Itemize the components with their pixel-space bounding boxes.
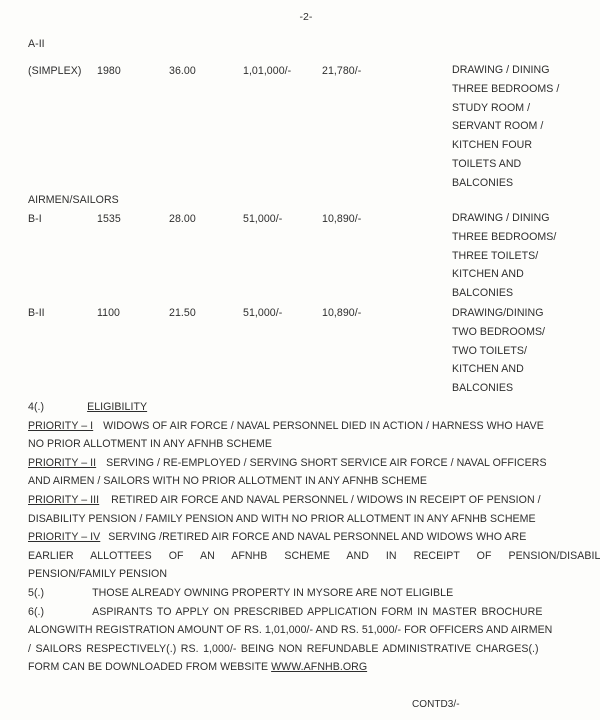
clause-text: ASPIRANTS TO APPLY ON PRESCRIBED APPLICA… <box>92 606 542 618</box>
house-type-label: A-II <box>28 38 45 50</box>
description-line: DRAWING/DINING <box>452 304 545 323</box>
house-plinth: 28.00 <box>169 213 196 225</box>
continued-marker: CONTD3/- <box>412 699 460 710</box>
priority-text: DISABILITY PENSION / FAMILY PENSION AND … <box>28 510 568 529</box>
description-line: KITCHEN AND <box>452 265 556 284</box>
clause-number: 5(.) <box>28 587 44 599</box>
description-line: BALCONIES <box>452 284 556 303</box>
house-description: DRAWING / DINING THREE BEDROOMS / STUDY … <box>452 61 559 193</box>
house-description: DRAWING/DINING TWO BEDROOMS/ TWO TOILETS… <box>452 304 545 398</box>
description-line: KITCHEN AND <box>452 360 545 379</box>
priority-4: PRIORITY – IVSERVING /RETIRED AIR FORCE … <box>28 528 568 584</box>
priority-text: NO PRIOR ALLOTMENT IN ANY AFNHB SCHEME <box>28 435 568 454</box>
priority-label: PRIORITY – III <box>28 494 99 506</box>
registration-amount: 10,890/- <box>322 307 361 319</box>
priority-label: PRIORITY – IV <box>28 531 100 543</box>
house-type: (SIMPLEX) <box>28 65 81 77</box>
priority-text: EARLIER ALLOTTEES OF AN AFNHB SCHEME AND… <box>28 547 568 566</box>
house-area: 1535 <box>97 213 121 225</box>
priority-label: PRIORITY – I <box>28 420 93 432</box>
description-line: TWO BEDROOMS/ <box>452 323 545 342</box>
priority-1: PRIORITY – IWIDOWS OF AIR FORCE / NAVAL … <box>28 417 568 454</box>
clause-6: 6(.)ASPIRANTS TO APPLY ON PRESCRIBED APP… <box>28 603 568 677</box>
priority-text: RETIRED AIR FORCE AND NAVAL PERSONNEL / … <box>111 494 540 506</box>
priority-text: AND AIRMEN / SAILORS WITH NO PRIOR ALLOT… <box>28 472 568 491</box>
house-cost: 51,000/- <box>243 213 282 225</box>
clause-number: 4(.) <box>28 401 44 413</box>
description-line: TOILETS AND <box>452 155 559 174</box>
priority-3: PRIORITY – IIIRETIRED AIR FORCE AND NAVA… <box>28 491 568 528</box>
house-plinth: 36.00 <box>169 65 196 77</box>
priority-label: PRIORITY – II <box>28 457 96 469</box>
description-line: DRAWING / DINING <box>452 61 559 80</box>
house-plinth: 21.50 <box>169 307 196 319</box>
house-type: B-II <box>28 307 45 319</box>
description-line: KITCHEN FOUR <box>452 136 559 155</box>
description-line: THREE BEDROOMS/ <box>452 228 556 247</box>
priority-text: SERVING / RE-EMPLOYED / SERVING SHORT SE… <box>106 457 546 469</box>
clause-text: / SAILORS RESPECTIVELY(.) RS. 1,000/- BE… <box>28 640 568 659</box>
registration-amount: 21,780/- <box>322 65 361 77</box>
priority-text: SERVING /RETIRED AIR FORCE AND NAVAL PER… <box>108 531 526 543</box>
house-cost: 1,01,000/- <box>243 65 291 77</box>
priority-text: PENSION/FAMILY PENSION <box>28 565 568 584</box>
house-area: 1980 <box>97 65 121 77</box>
description-line: STUDY ROOM / <box>452 99 559 118</box>
description-line: THREE TOILETS/ <box>452 247 556 266</box>
registration-amount: 10,890/- <box>322 213 361 225</box>
house-cost: 51,000/- <box>243 307 282 319</box>
house-description: DRAWING / DINING THREE BEDROOMS/ THREE T… <box>452 209 556 303</box>
description-line: DRAWING / DINING <box>452 209 556 228</box>
clause-text: FORM CAN BE DOWNLOADED FROM WEBSITE <box>28 661 271 673</box>
clause-text: ALONGWITH REGISTRATION AMOUNT OF RS. 1,0… <box>28 621 568 640</box>
description-line: BALCONIES <box>452 379 545 398</box>
airmen-heading: AIRMEN/SAILORS <box>28 194 119 206</box>
house-area: 1100 <box>97 307 120 319</box>
priority-2: PRIORITY – IISERVING / RE-EMPLOYED / SER… <box>28 454 568 491</box>
eligibility-heading-line: 4(.)ELIGIBILITY <box>28 398 568 417</box>
page-number: -2- <box>0 11 600 23</box>
website-link[interactable]: WWW.AFNHB.ORG <box>271 661 367 673</box>
clause-number: 6(.) <box>28 606 44 618</box>
description-line: BALCONIES <box>452 174 559 193</box>
clause-text: THOSE ALREADY OWNING PROPERTY IN MYSORE … <box>92 587 453 599</box>
eligibility-heading: ELIGIBILITY <box>87 401 147 413</box>
description-line: SERVANT ROOM / <box>452 117 559 136</box>
description-line: THREE BEDROOMS / <box>452 80 559 99</box>
clause-5: 5(.)THOSE ALREADY OWNING PROPERTY IN MYS… <box>28 584 568 603</box>
priority-text: WIDOWS OF AIR FORCE / NAVAL PERSONNEL DI… <box>103 420 544 432</box>
eligibility-section: 4(.)ELIGIBILITY PRIORITY – IWIDOWS OF AI… <box>28 398 568 677</box>
house-type: B-I <box>28 213 42 225</box>
description-line: TWO TOILETS/ <box>452 342 545 361</box>
